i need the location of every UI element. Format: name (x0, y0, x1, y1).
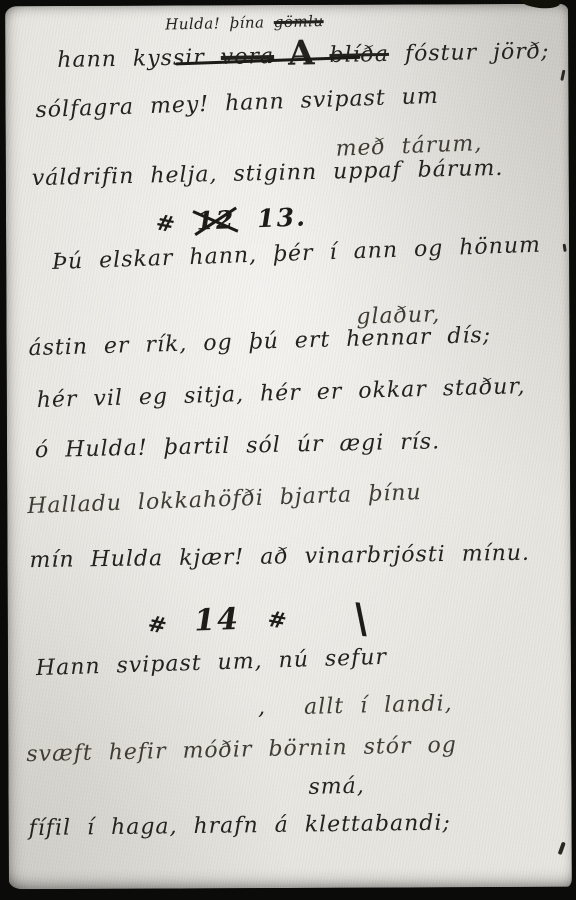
line-sma: smá, (308, 774, 365, 800)
line-hann-svipast-um: Hann svipast um, nú sefur (36, 645, 388, 681)
line-fifil-i-haga: fífil í haga, hrafn á klettabandi; (29, 811, 451, 842)
line-text: fóstur jörð; (405, 39, 550, 67)
stanza-number-14: 14 (194, 602, 241, 639)
ink-speck (563, 244, 567, 252)
paper-page: Hulda! þína gömlu hann kyssir vora A blí… (5, 4, 572, 889)
line-hann-kyssir: hann kyssir vora A blíða fóstur jörð; (57, 39, 550, 73)
stanza-heading-14: # 14 # \ (147, 597, 369, 641)
stanza-heading-13: # 12 13. (155, 202, 307, 237)
line-o-hulda: ó Hulda! þartil sól úr ægi rís. (35, 429, 441, 463)
interline-insertion: Hulda! þína gömlu (165, 12, 324, 33)
stanza-number-13: 13. (257, 202, 308, 233)
line-thu-elskar: Þú elskar hann, þér í ann og hönum (52, 233, 542, 275)
caret-insertion-mark: A (288, 53, 315, 54)
ink-speck (558, 842, 566, 856)
ink-speck (560, 70, 565, 81)
interline-struck-word: gömlu (274, 12, 324, 31)
line-svaeft-hefir: svæft hefir móðir börnin stór og (26, 733, 457, 767)
line-valdrifin: váldrifin helja, stiginn uppaf bárum. (32, 156, 504, 191)
stray-comma: , (258, 695, 266, 720)
line-halladu: Halladu lokkahöfði bjarta þínu (27, 480, 422, 519)
pen-stroke-mark: \ (353, 618, 368, 619)
hash-mark: # (145, 611, 168, 640)
line-min-hulda-kjaer: mín Hulda kjær! að vinarbrjósti mínu. (29, 541, 530, 573)
struck-stanza-number-12: 12 (196, 205, 236, 236)
line-allt-i-landi: allt í landi, (304, 691, 453, 720)
interline-text: Hulda! þína (165, 13, 265, 33)
hash-mark: # (266, 606, 289, 635)
line-her-vil-eg-sitja: hér vil eg sitja, hér er okkar staður, (36, 374, 525, 413)
line-solfagra-mey: sólfagra mey! hann svipast um (35, 84, 439, 123)
struck-word-vora: vora (221, 44, 275, 70)
hash-mark: # (154, 209, 177, 238)
manuscript-photo: Hulda! þína gömlu hann kyssir vora A blí… (0, 0, 576, 900)
line-astin-er-rik: ástin er rík, og þú ert hennar dís; (28, 323, 491, 361)
line-text: hann kyssir (57, 45, 205, 73)
